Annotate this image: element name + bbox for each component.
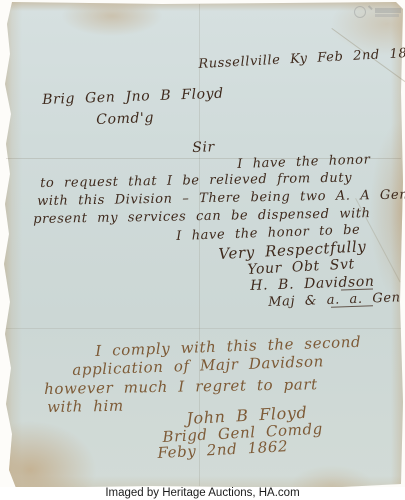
heritage-auctions-credit: Imaged by Heritage Auctions, HA.com — [0, 487, 405, 500]
magnifier-handle — [368, 5, 373, 10]
watermark-text-row — [375, 8, 401, 13]
endorsement-line: with him — [47, 397, 124, 416]
watermark-text-row — [375, 14, 399, 17]
watermark-logo — [354, 6, 401, 18]
letter-photograph: Russellville Ky Feb 2nd 1862 Brig Gen Jn… — [0, 0, 405, 500]
magnifier-icon — [354, 6, 366, 18]
salutation: Sir — [192, 139, 215, 156]
horizontal-fold-line — [6, 328, 401, 329]
watermark-text-blocks — [375, 8, 401, 17]
recipient-title: Comd'g — [96, 110, 154, 128]
